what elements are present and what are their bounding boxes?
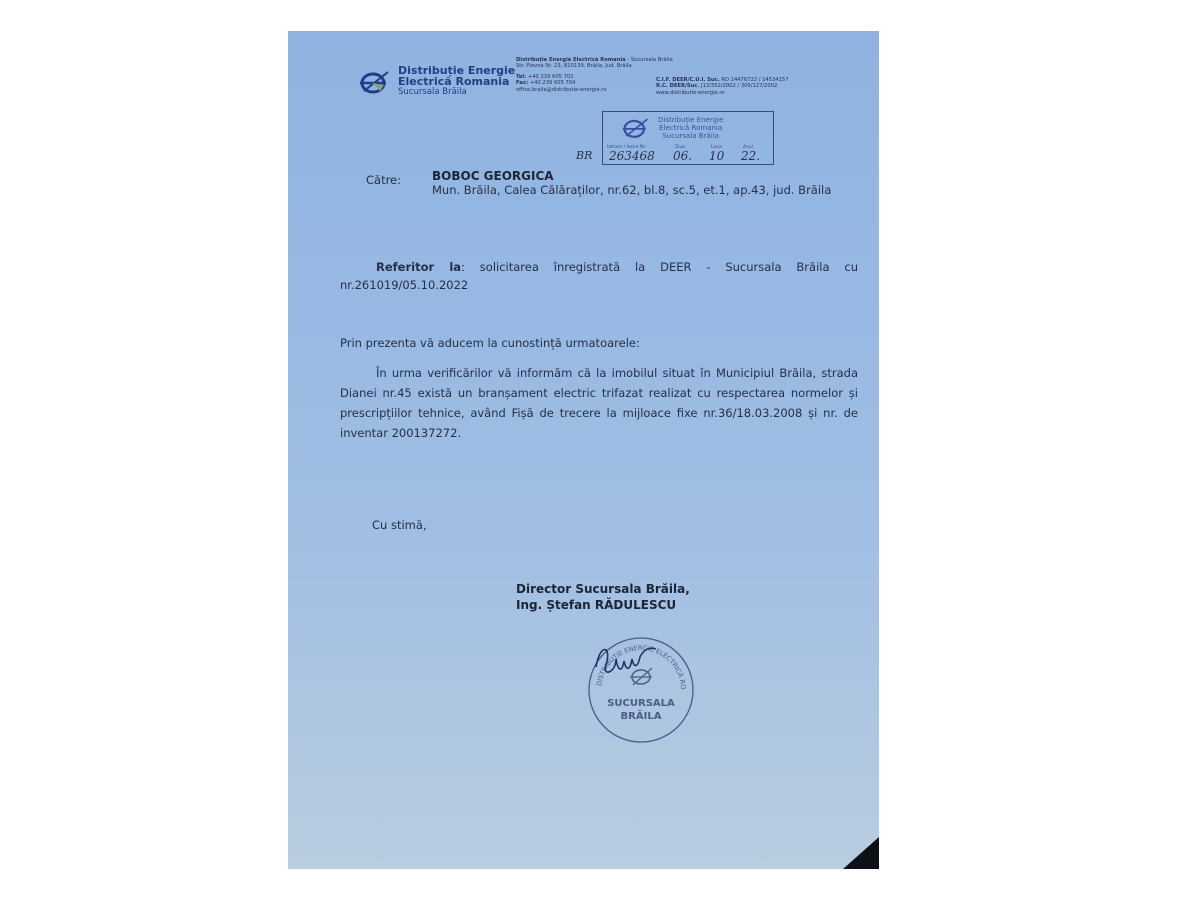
stamp-logo-icon (621, 116, 651, 140)
rc-value: J12/352/2002 / 309/127/2002 (699, 83, 777, 89)
signatory-name: Ing. Ștefan RĂDULESCU (516, 597, 690, 613)
stamp-field-value-day: 06. (673, 149, 692, 163)
deer-logo-icon (358, 69, 392, 95)
tel-value: +40 239 605 702 (526, 74, 573, 80)
company-email: office.braila@distributie-energie.ro (516, 87, 673, 93)
official-round-stamp: DISTRIBUȚIE ENERGIE ELECTRICĂ ROMANIA SU… (586, 635, 696, 745)
company-name: Distribuție Energie Electrică Romania (516, 57, 626, 63)
stamp-line3: Sucursala Brăila (658, 132, 723, 140)
closing-text: Cu stimă, (372, 515, 427, 535)
cif-value: RO 14476722 / 14534157 (720, 77, 789, 83)
signature-block: Director Sucursala Brăila, Ing. Ștefan R… (516, 581, 690, 613)
stamp-line1: Distribuție Energie (658, 116, 723, 124)
letter-page: Distribuție Energie Electrică Romania Su… (288, 31, 879, 869)
stamp-line2: Electrică Romania (658, 124, 723, 132)
recipient-label: Către: (366, 173, 401, 187)
logo-line2: Electrică Romania (398, 76, 515, 87)
recipient-address: Mun. Brăila, Calea Călăraților, nr.62, b… (432, 183, 831, 197)
round-stamp-icon: DISTRIBUȚIE ENERGIE ELECTRICĂ ROMANIA SU… (586, 635, 696, 745)
fax-value: +40 239 605 704 (528, 80, 575, 86)
company-website: www.distributie-energie.ro (656, 90, 789, 96)
recipient-name: BOBOC GEORGICA (432, 169, 554, 183)
page-corner-shadow (843, 837, 879, 869)
legal-info-block: C.I.F. DEER/C.U.I. Suc. RO 14476722 / 14… (656, 77, 789, 96)
body-paragraph: În urma verificărilor vă informăm că la … (340, 363, 858, 443)
stamp-field-value-month: 10 (709, 149, 724, 163)
rc-label: R.C. DEER/Suc. (656, 83, 699, 89)
fax-label: Fax: (516, 80, 528, 86)
reference-line: Referitor la: solicitarea înregistrată l… (340, 257, 858, 277)
reference-text: : solicitarea înregistrată la DEER - Suc… (461, 260, 858, 274)
intro-text: Prin prezenta vă aducem la cunostință ur… (340, 333, 640, 353)
logo-line3: Sucursala Brăila (398, 87, 515, 98)
tel-label: Tel: (516, 74, 526, 80)
signatory-title: Director Sucursala Brăila, (516, 581, 690, 597)
company-logo: Distribuție Energie Electrică Romania Su… (358, 65, 515, 98)
stamp-field-value-number: 263468 (609, 149, 655, 163)
svg-text:SUCURSALA: SUCURSALA (607, 698, 675, 709)
reference-label: Referitor la (376, 260, 461, 274)
registration-stamp: Distribuție Energie Electrică Romania Su… (602, 111, 774, 165)
company-branch: - Sucursala Brăila (626, 57, 673, 63)
reference-number: nr.261019/05.10.2022 (340, 275, 468, 295)
cif-label: C.I.F. DEER/C.U.I. Suc. (656, 77, 720, 83)
handwritten-prefix: BR (576, 149, 592, 162)
svg-text:BRĂILA: BRĂILA (621, 709, 662, 722)
company-contact-block: Distribuție Energie Electrică Romania - … (516, 57, 673, 93)
stamp-field-value-year: 22. (741, 149, 760, 163)
